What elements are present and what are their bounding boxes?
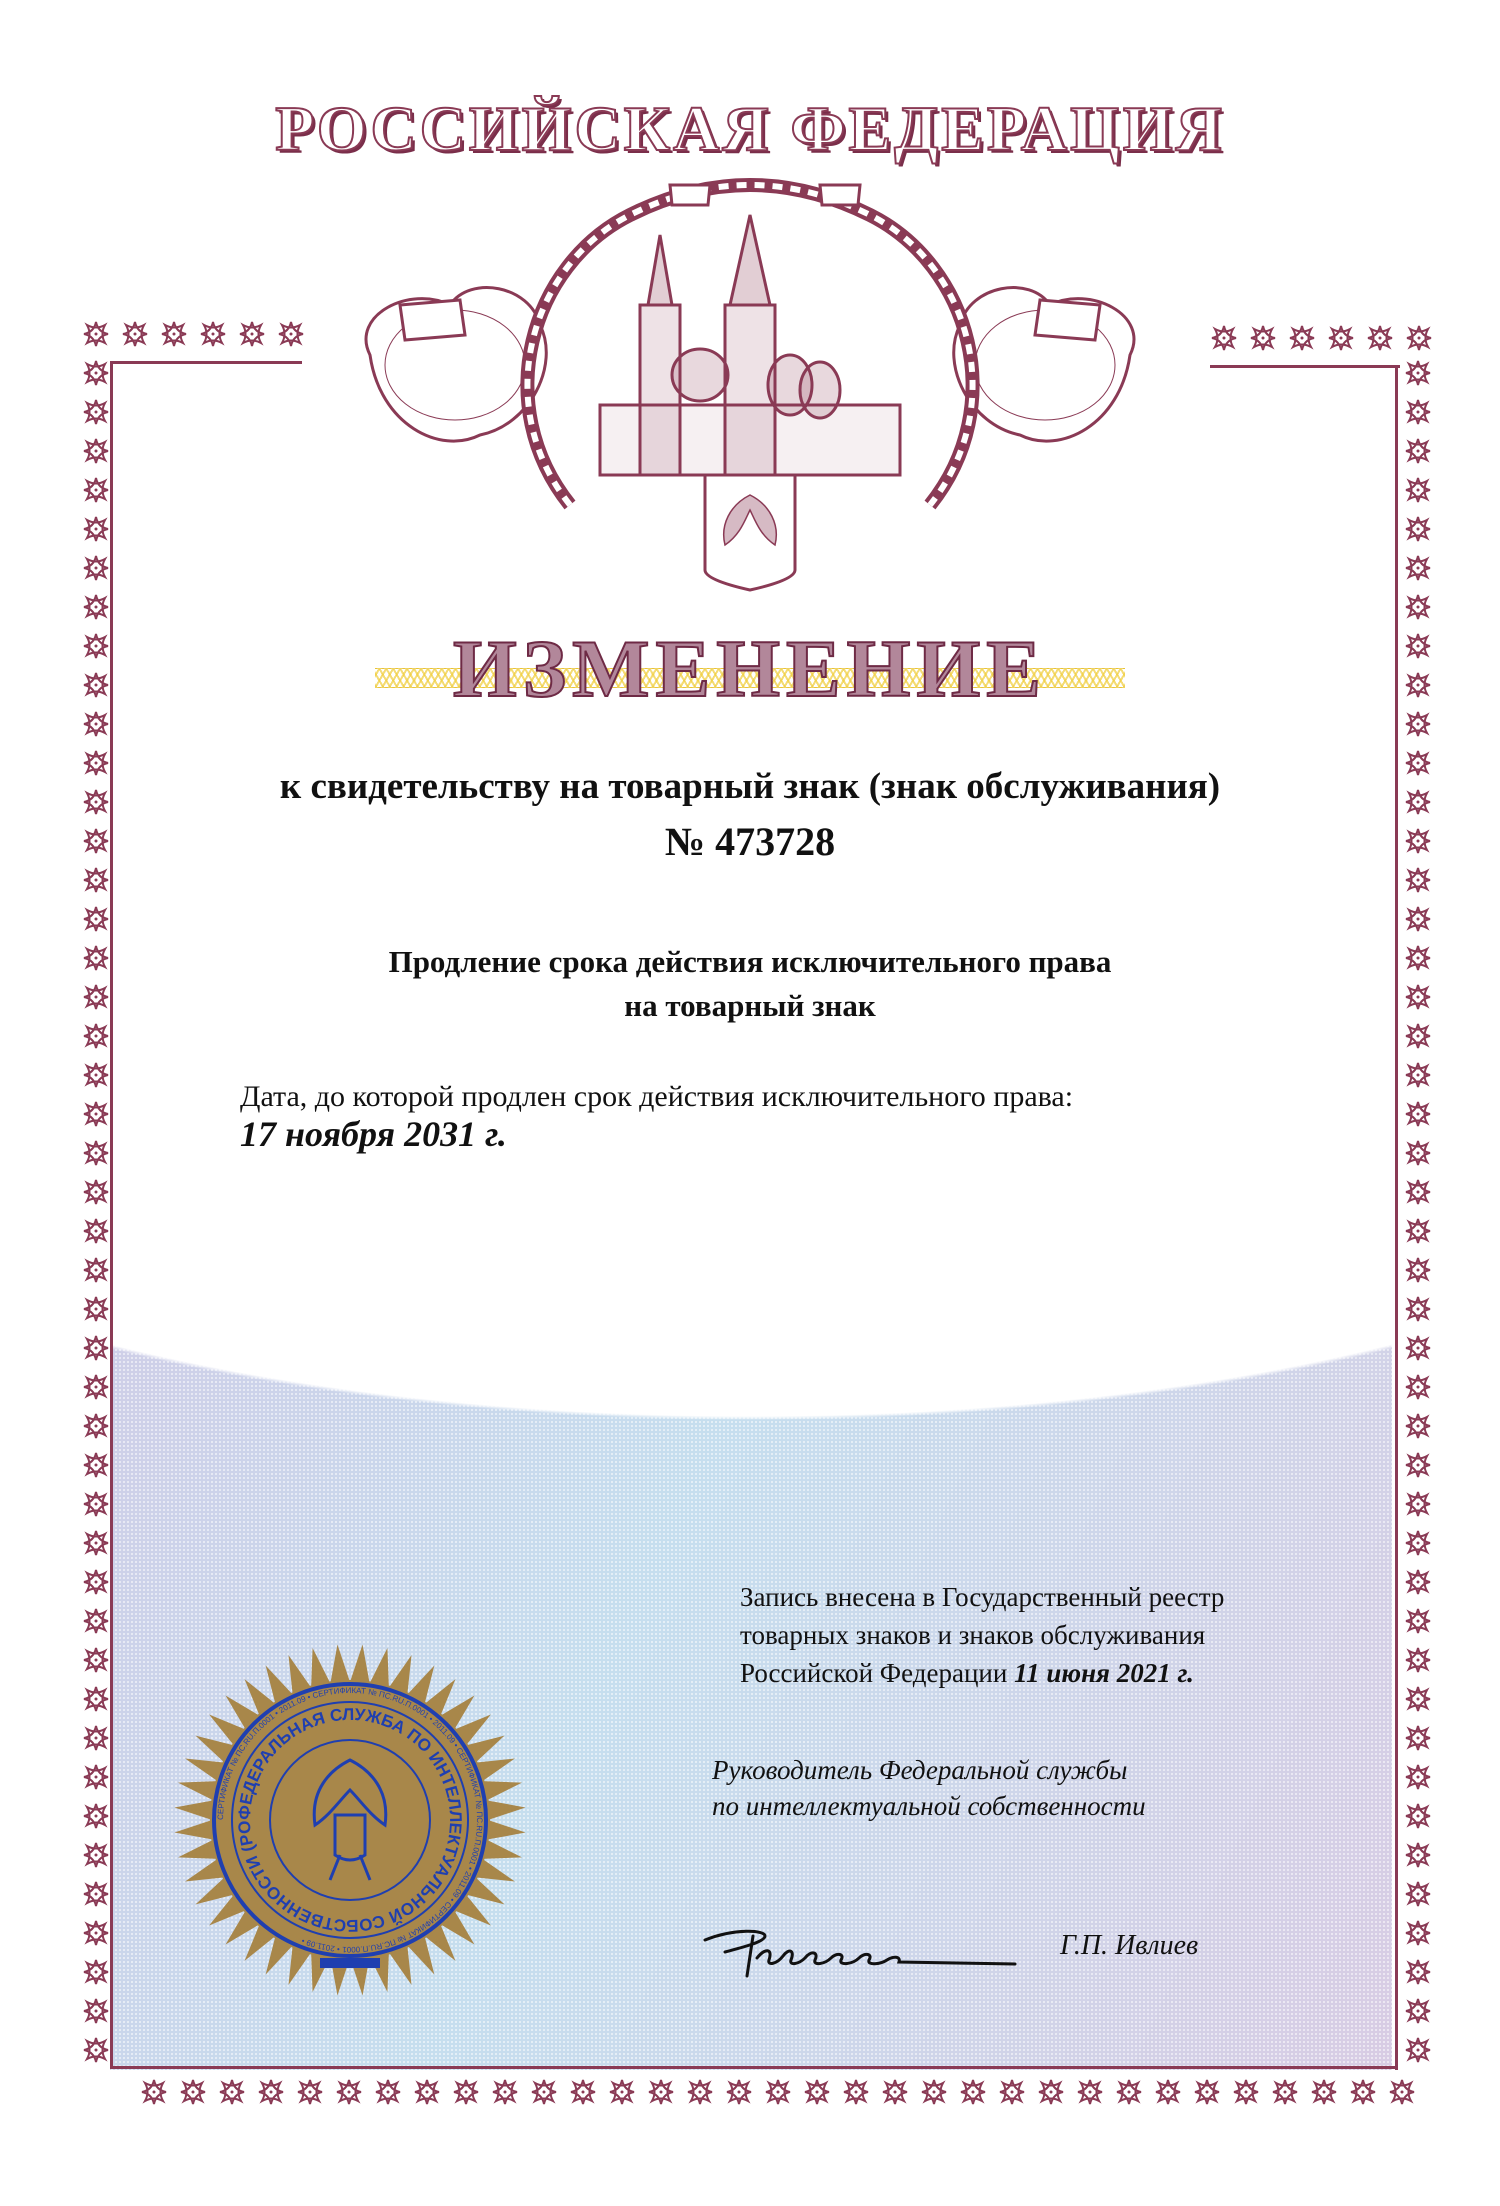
star-ornament-icon bbox=[335, 2078, 363, 2106]
frame-line-left bbox=[110, 361, 113, 2066]
star-ornament-icon bbox=[82, 1100, 110, 1128]
change-type: Продление срока действия исключительного… bbox=[0, 940, 1500, 1028]
star-ornament-icon bbox=[82, 1490, 110, 1518]
star-ornament-icon bbox=[608, 2078, 636, 2106]
star-ornament-icon bbox=[82, 1958, 110, 1986]
star-ornament-icon bbox=[82, 320, 110, 348]
star-ornament-icon bbox=[1404, 1100, 1432, 1128]
star-ornament-icon bbox=[491, 2078, 519, 2106]
star-ornament-icon bbox=[140, 2078, 168, 2106]
star-ornament-icon bbox=[82, 1685, 110, 1713]
frame-line-bottom bbox=[110, 2066, 1398, 2069]
star-ornament-icon bbox=[1404, 2036, 1432, 2064]
star-ornament-icon bbox=[530, 2078, 558, 2106]
star-ornament-icon bbox=[764, 2078, 792, 2106]
star-ornament-icon bbox=[1404, 1061, 1432, 1089]
star-ornament-icon bbox=[1404, 1178, 1432, 1206]
star-ornament-icon bbox=[1404, 437, 1432, 465]
star-ornament-icon bbox=[82, 1724, 110, 1752]
star-ornament-icon bbox=[1404, 1529, 1432, 1557]
star-ornament-icon bbox=[1232, 2078, 1260, 2106]
star-ornament-icon bbox=[82, 2036, 110, 2064]
star-ornament-icon bbox=[82, 1178, 110, 1206]
star-ornament-icon bbox=[1366, 324, 1394, 352]
star-ornament-icon bbox=[1404, 398, 1432, 426]
country-title: РОССИЙСКАЯ ФЕДЕРАЦИЯ bbox=[0, 92, 1500, 166]
star-ornament-icon bbox=[1249, 324, 1277, 352]
star-ornament-icon bbox=[1115, 2078, 1143, 2106]
star-ornament-icon bbox=[160, 320, 188, 348]
star-ornament-icon bbox=[82, 554, 110, 582]
signature-icon bbox=[695, 1918, 1025, 1988]
registry-line3: Российской Федерации bbox=[740, 1658, 1007, 1688]
star-ornament-icon bbox=[998, 2078, 1026, 2106]
star-ornament-icon bbox=[1404, 866, 1432, 894]
star-ornament-icon bbox=[82, 1841, 110, 1869]
star-ornament-icon bbox=[82, 1295, 110, 1323]
star-ornament-icon bbox=[920, 2078, 948, 2106]
star-ornament-icon bbox=[1404, 1724, 1432, 1752]
star-ornament-icon bbox=[1404, 1217, 1432, 1245]
star-ornament-icon bbox=[82, 1217, 110, 1245]
star-ornament-icon bbox=[1076, 2078, 1104, 2106]
star-ornament-icon bbox=[1404, 1646, 1432, 1674]
extended-date-label: Дата, до которой продлен срок действия и… bbox=[240, 1080, 1073, 1114]
star-ornament-icon bbox=[82, 359, 110, 387]
frame-line-right bbox=[1395, 365, 1398, 2070]
star-ornament-icon bbox=[82, 1256, 110, 1284]
document-heading: ИЗМЕНЕНИЕ bbox=[0, 622, 1500, 716]
star-ornament-icon bbox=[82, 515, 110, 543]
certificate-subject: к свидетельству на товарный знак (знак о… bbox=[0, 765, 1500, 808]
signatory-title: Руководитель Федеральной службы по интел… bbox=[712, 1752, 1146, 1824]
star-ornament-icon bbox=[1404, 1997, 1432, 2025]
star-ornament-icon bbox=[1404, 1295, 1432, 1323]
official-seal-icon: СЕРТИФИКАТ № ПС.RU.П.0001 • 2011.09 • СЕ… bbox=[170, 1640, 530, 2000]
star-ornament-icon bbox=[1404, 1373, 1432, 1401]
registry-entry: Запись внесена в Государственный реестр … bbox=[740, 1578, 1320, 1692]
star-ornament-icon bbox=[1404, 1958, 1432, 1986]
star-ornament-icon bbox=[179, 2078, 207, 2106]
star-ornament-icon bbox=[82, 476, 110, 504]
star-ornament-icon bbox=[1404, 1256, 1432, 1284]
star-ornament-icon bbox=[82, 1763, 110, 1791]
star-ornament-icon bbox=[1404, 515, 1432, 543]
star-ornament-icon bbox=[82, 1607, 110, 1635]
star-ornament-icon bbox=[1404, 1802, 1432, 1830]
star-ornament-icon bbox=[82, 437, 110, 465]
star-ornament-icon bbox=[82, 1451, 110, 1479]
signatory-title-line1: Руководитель Федеральной службы bbox=[712, 1752, 1146, 1788]
star-ornament-icon bbox=[1349, 2078, 1377, 2106]
star-ornament-icon bbox=[1404, 476, 1432, 504]
star-ornament-icon bbox=[1404, 1334, 1432, 1362]
star-ornament-icon bbox=[199, 320, 227, 348]
star-ornament-icon bbox=[647, 2078, 675, 2106]
star-ornament-icon bbox=[121, 320, 149, 348]
star-ornament-icon bbox=[1404, 1451, 1432, 1479]
frame-line-top-left bbox=[112, 361, 302, 364]
change-type-line2: на товарный знак bbox=[0, 984, 1500, 1028]
star-ornament-icon bbox=[1271, 2078, 1299, 2106]
star-ornament-icon bbox=[218, 2078, 246, 2106]
star-ornament-icon bbox=[1404, 1880, 1432, 1908]
star-ornament-icon bbox=[1404, 1685, 1432, 1713]
certificate-number: № 473728 bbox=[0, 818, 1500, 865]
star-ornament-icon bbox=[1154, 2078, 1182, 2106]
signatory-name: Г.П. Ивлиев bbox=[1060, 1930, 1198, 1962]
star-ornament-icon bbox=[569, 2078, 597, 2106]
star-ornament-icon bbox=[881, 2078, 909, 2106]
star-ornament-icon bbox=[82, 866, 110, 894]
star-ornament-icon bbox=[842, 2078, 870, 2106]
star-ornament-icon bbox=[1404, 593, 1432, 621]
star-ornament-icon bbox=[803, 2078, 831, 2106]
star-ornament-icon bbox=[1404, 905, 1432, 933]
star-ornament-icon bbox=[82, 1997, 110, 2025]
star-ornament-icon bbox=[82, 398, 110, 426]
star-ornament-icon bbox=[1404, 554, 1432, 582]
signatory-title-line2: по интеллектуальной собственности bbox=[712, 1788, 1146, 1824]
star-ornament-icon bbox=[1404, 1568, 1432, 1596]
star-ornament-icon bbox=[82, 1880, 110, 1908]
star-ornament-icon bbox=[1327, 324, 1355, 352]
star-ornament-icon bbox=[82, 1919, 110, 1947]
star-ornament-icon bbox=[1310, 2078, 1338, 2106]
star-ornament-icon bbox=[82, 1646, 110, 1674]
star-ornament-icon bbox=[82, 1529, 110, 1557]
star-ornament-icon bbox=[1404, 1919, 1432, 1947]
star-ornament-icon bbox=[1288, 324, 1316, 352]
star-ornament-icon bbox=[82, 1373, 110, 1401]
certificate-page: РОССИЙСКАЯ ФЕДЕРАЦИЯ bbox=[0, 0, 1500, 2206]
star-ornament-icon bbox=[959, 2078, 987, 2106]
kremlin-wreath-coat-of-arms-icon bbox=[330, 175, 1170, 595]
registry-line2: товарных знаков и знаков обслуживания bbox=[740, 1616, 1320, 1654]
star-ornament-icon bbox=[1388, 2078, 1416, 2106]
star-ornament-icon bbox=[82, 593, 110, 621]
star-ornament-icon bbox=[238, 320, 266, 348]
registry-line1: Запись внесена в Государственный реестр bbox=[740, 1578, 1320, 1616]
star-ornament-icon bbox=[1404, 1841, 1432, 1869]
star-ornament-icon bbox=[82, 1412, 110, 1440]
star-ornament-icon bbox=[1404, 1607, 1432, 1635]
star-ornament-icon bbox=[1404, 1412, 1432, 1440]
frame-line-top-right bbox=[1210, 365, 1400, 368]
star-ornament-icon bbox=[82, 905, 110, 933]
star-ornament-icon bbox=[82, 1061, 110, 1089]
star-ornament-icon bbox=[1037, 2078, 1065, 2106]
star-ornament-icon bbox=[1405, 324, 1433, 352]
registry-date: 11 июня 2021 г. bbox=[1014, 1658, 1194, 1688]
star-ornament-icon bbox=[1404, 1139, 1432, 1167]
star-ornament-icon bbox=[1404, 1763, 1432, 1791]
star-ornament-icon bbox=[257, 2078, 285, 2106]
star-ornament-icon bbox=[82, 1139, 110, 1167]
star-ornament-icon bbox=[374, 2078, 402, 2106]
star-ornament-icon bbox=[413, 2078, 441, 2106]
star-ornament-icon bbox=[1210, 324, 1238, 352]
star-ornament-icon bbox=[1404, 1490, 1432, 1518]
change-type-line1: Продление срока действия исключительного… bbox=[0, 940, 1500, 984]
star-ornament-icon bbox=[725, 2078, 753, 2106]
star-ornament-icon bbox=[82, 1802, 110, 1830]
extended-date-value: 17 ноября 2031 г. bbox=[240, 1113, 507, 1155]
star-ornament-icon bbox=[1404, 359, 1432, 387]
star-ornament-icon bbox=[1193, 2078, 1221, 2106]
star-ornament-icon bbox=[82, 1334, 110, 1362]
star-ornament-icon bbox=[82, 1568, 110, 1596]
star-ornament-icon bbox=[277, 320, 305, 348]
star-ornament-icon bbox=[452, 2078, 480, 2106]
star-ornament-icon bbox=[686, 2078, 714, 2106]
star-ornament-icon bbox=[296, 2078, 324, 2106]
